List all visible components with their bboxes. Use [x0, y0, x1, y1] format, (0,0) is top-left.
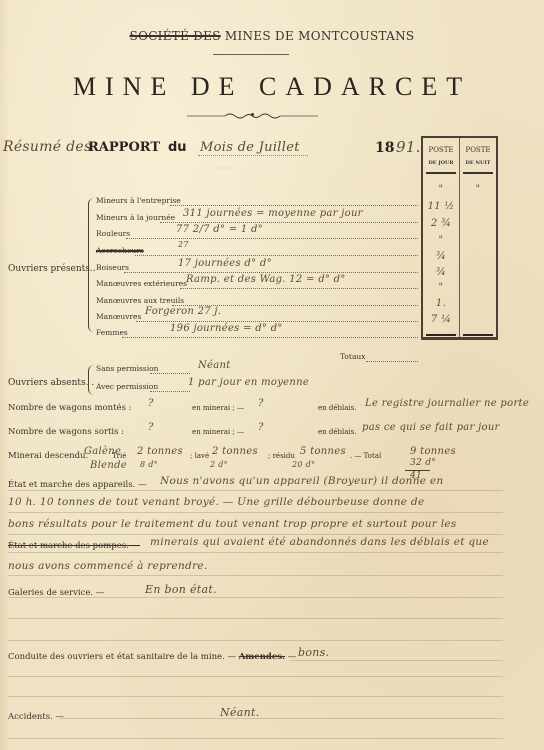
- company-name: SOCIÉTÉ DES MINES DE MONTCOUSTANS: [0, 29, 544, 43]
- ouvriers-presents-label: Ouvriers présents..: [8, 264, 96, 274]
- totaux-label: Totaux: [340, 352, 365, 361]
- du-label: du: [168, 140, 187, 155]
- year-handwritten: 91.: [396, 138, 421, 156]
- conduite-label: Conduite des ouvriers et état sanitaire …: [8, 652, 296, 662]
- pompes-line2: nous avons commencé à reprendre.: [8, 560, 208, 572]
- poste-nuit-column: POSTE DE NUIT ": [460, 138, 496, 337]
- minerai-descendu-label: Minerai descendu.: [8, 451, 88, 461]
- montes-deblais-value: ?: [258, 398, 264, 409]
- poste-jour-header: POSTE DE JOUR: [423, 138, 459, 168]
- avec-permission-label: Avec permission: [96, 382, 158, 391]
- company-name-text: MINES DE MONTCOUSTANS: [221, 29, 415, 43]
- nuit-value: ": [460, 184, 496, 200]
- row-label-manoeuvres: Manœuvres: [96, 312, 141, 321]
- residu-label: ; résidu: [268, 452, 295, 460]
- page-title: MINE DE CADARCET: [0, 72, 544, 102]
- row-label-manoeuvres-ext: Manœuvres extérieures: [96, 279, 187, 288]
- resume-handwritten: Résumé des: [3, 139, 91, 155]
- jour-value: ": [423, 184, 459, 200]
- galene-lave: 2 tonnes: [212, 446, 258, 457]
- ornament-divider-icon: [185, 111, 320, 121]
- appareils-label: État et marche des appareils. —: [8, 480, 146, 490]
- entry-mineurs-journee: 311 journées = moyenne par jour: [183, 208, 363, 219]
- entry-manoeuvres-ext: Ramp. et des Wag. 12 = d° d°: [186, 274, 346, 285]
- row-label-mineurs-journee: Mineurs à la journée: [96, 213, 175, 222]
- total-label: . — Total: [350, 452, 381, 460]
- lave-label: ; lavé: [190, 452, 209, 460]
- faint-stamp: · ·· ·· ·: [213, 164, 235, 173]
- accidents-label: Accidents. —: [8, 712, 64, 722]
- header-divider: [213, 54, 289, 55]
- sans-permission-label: Sans permission: [96, 364, 158, 373]
- jour-value: ": [423, 282, 459, 298]
- wagons-note-line2: pas ce qui se fait par jour: [362, 422, 500, 433]
- appareils-line1: Nous n'avons qu'un appareil (Broyeur) il…: [160, 475, 444, 487]
- rapport-label: RAPPORT: [88, 140, 160, 155]
- jour-value: 2 ¾: [423, 218, 459, 234]
- poste-nuit-header: POSTE DE NUIT: [460, 138, 496, 168]
- galene-residu: 5 tonnes: [300, 446, 346, 457]
- appareils-line3: bons résultats pour le traitement du tou…: [8, 518, 457, 530]
- wagons-note-line1: Le registre journalier ne porte: [365, 398, 529, 409]
- pompes-label: État et marche des pompes. —: [8, 541, 140, 551]
- sans-permission-value: Néant: [198, 360, 231, 371]
- entry-manoeuvres: Forgeron 27 j.: [145, 306, 221, 317]
- conduite-value: bons.: [298, 646, 329, 659]
- row-label-rouleurs: Rouleurs: [96, 229, 130, 238]
- blende-residu: 20 d°: [292, 460, 315, 469]
- row-label-manoeuvres-treuils: Manœuvres aux treuils: [96, 296, 184, 305]
- bracket: [88, 198, 95, 332]
- montes-minerai-value: ?: [148, 398, 154, 409]
- blende-total: 32 d°: [410, 458, 436, 468]
- ouvriers-absents-label: Ouvriers absents. .: [8, 378, 94, 388]
- galene-trie: 2 tonnes: [137, 446, 183, 457]
- galeries-value: En bon état.: [145, 583, 217, 596]
- sortis-deblais-value: ?: [258, 422, 264, 433]
- galene-total: 9 tonnes: [410, 446, 456, 457]
- entry-femmes: 196 journées = d° d°: [170, 323, 283, 334]
- en-minerai-label: en minerai ; —: [192, 404, 244, 412]
- jour-value: 11 ½: [423, 201, 459, 217]
- jour-value: ¾: [423, 267, 459, 283]
- en-deblais-label: en déblais.: [318, 428, 356, 436]
- poste-jour-column: POSTE DE JOUR " 11 ½ 2 ¾ " ¾ ¾ " 1. 7 ¼: [423, 138, 460, 337]
- poste-table: POSTE DE JOUR " 11 ½ 2 ¾ " ¾ ¾ " 1. 7 ¼ …: [421, 136, 498, 340]
- blende-trie: 8 d°: [140, 460, 158, 469]
- amendes-label: Amendes.: [239, 652, 285, 662]
- company-struck-text: SOCIÉTÉ DES: [130, 29, 221, 43]
- blende-lave: 2 d°: [210, 460, 228, 469]
- wagons-montes-label: Nombre de wagons montés :: [8, 403, 132, 413]
- jour-value: 7 ¼: [423, 314, 459, 330]
- entry-rouleurs: 77 2/7 d° = 1 d°: [176, 224, 263, 235]
- entry-boiseurs: 17 journées d° d°: [178, 258, 272, 269]
- year-printed: 18: [375, 140, 394, 156]
- sortis-minerai-value: ?: [148, 422, 154, 433]
- jour-value: ": [423, 235, 459, 251]
- row-label-accrocheurs: Accrocheurs: [96, 246, 144, 255]
- trie-label: Trié: [112, 452, 126, 460]
- avec-permission-value: 1 par jour en moyenne: [188, 377, 309, 388]
- jour-value: 1.: [423, 298, 459, 314]
- jour-value: ¾: [423, 251, 459, 267]
- blende-name: Blende: [90, 460, 127, 471]
- wagons-sortis-label: Nombre de wagons sortis :: [8, 427, 124, 437]
- en-minerai-label: en minerai ; —: [192, 428, 244, 436]
- row-label-femmes: Femmes: [96, 328, 128, 337]
- appareils-line2: 10 h. 10 tonnes de tout venant broyé. — …: [8, 496, 424, 508]
- en-deblais-label: en déblais.: [318, 404, 356, 412]
- month-underline: [198, 155, 308, 156]
- month-value: Mois de Juillet: [200, 140, 300, 155]
- row-label-boiseurs: Boiseurs: [96, 263, 129, 272]
- bracket: [88, 365, 94, 395]
- pompes-line1: minerais qui avaient été abandonnés dans…: [150, 536, 489, 548]
- divisor-note: 27: [178, 240, 189, 249]
- row-label-mineurs-entreprise: Mineurs à l'entreprise: [96, 196, 181, 205]
